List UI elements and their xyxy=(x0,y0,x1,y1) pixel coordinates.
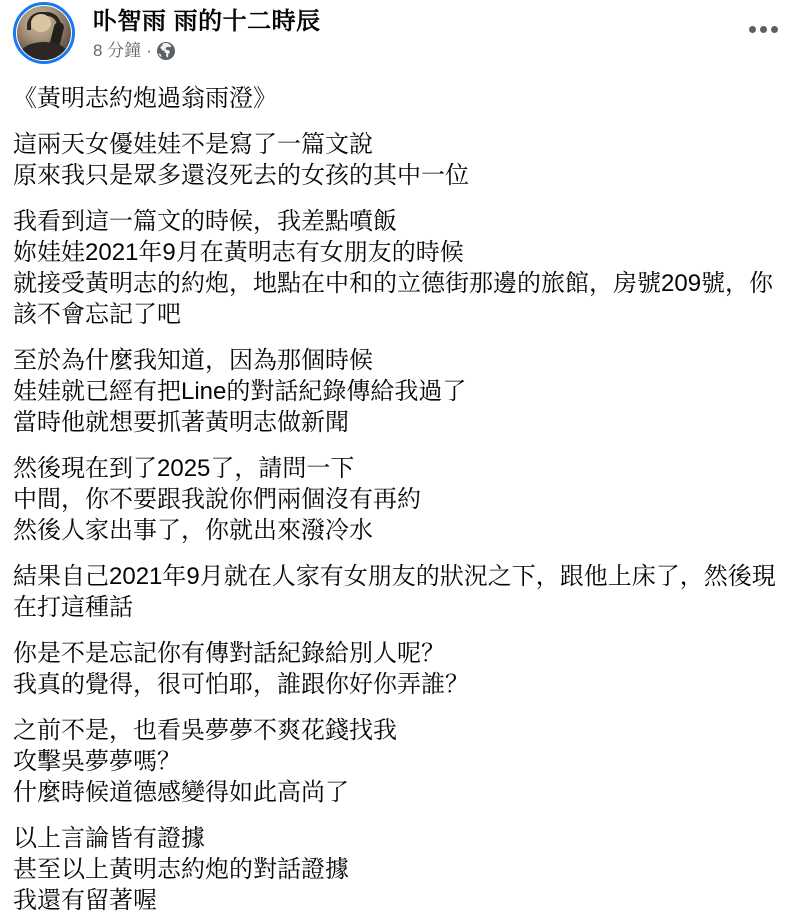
post-header: 卟智雨 雨的十二時辰 8 分鐘 · xyxy=(0,0,800,64)
meta-separator: · xyxy=(146,40,152,61)
post-paragraph: 我看到這一篇文的時候，我差點噴飯 妳娃娃2021年9月在黃明志有女朋友的時候 就… xyxy=(13,206,784,330)
post-paragraph: 以上言論皆有證據 甚至以上黃明志約炮的對話證據 我還有留著喔 xyxy=(13,823,784,916)
post-content: 《黃明志約炮過翁雨澄》 這兩天女優娃娃不是寫了一篇文說 原來我只是眾多還沒死去的… xyxy=(0,83,800,916)
post-paragraph: 這兩天女優娃娃不是寫了一篇文說 原來我只是眾多還沒死去的女孩的其中一位 xyxy=(13,129,784,191)
post-paragraph: 之前不是，也看吳夢夢不爽花錢找我 攻擊吳夢夢嗎？ 什麼時候道德感變得如此高尚了 xyxy=(13,715,784,808)
face-shape xyxy=(31,14,51,32)
globe-icon xyxy=(157,42,175,60)
facebook-post: 卟智雨 雨的十二時辰 8 分鐘 · 《黃明志約炮過翁雨澄》 這兩天女優娃娃不是寫… xyxy=(0,0,800,916)
timestamp[interactable]: 8 分鐘 xyxy=(93,40,141,61)
more-options-button[interactable] xyxy=(743,20,784,39)
post-paragraph: 你是不是忘記你有傳對話紀錄給別人呢？ 我真的覺得，很可怕耶，誰跟你好你弄誰？ xyxy=(13,638,784,700)
post-paragraph: 結果自己2021年9月就在人家有女朋友的狀況之下，跟他上床了，然後現在打這種話 xyxy=(13,561,784,623)
post-paragraph: 然後現在到了2025了，請問一下 中間，你不要跟我說你們兩個沒有再約 然後人家出… xyxy=(13,453,784,546)
post-paragraph: 至於為什麼我知道，因為那個時候 娃娃就已經有把Line的對話紀錄傳給我過了 當時… xyxy=(13,345,784,438)
author-name[interactable]: 卟智雨 雨的十二時辰 xyxy=(93,8,321,36)
avatar-photo xyxy=(17,6,71,60)
body-shape xyxy=(21,42,67,60)
avatar[interactable] xyxy=(13,2,75,64)
post-paragraph-title: 《黃明志約炮過翁雨澄》 xyxy=(13,83,784,114)
header-text: 卟智雨 雨的十二時辰 8 分鐘 · xyxy=(93,2,321,61)
ellipsis-icon xyxy=(749,26,756,33)
post-meta: 8 分鐘 · xyxy=(93,40,321,61)
